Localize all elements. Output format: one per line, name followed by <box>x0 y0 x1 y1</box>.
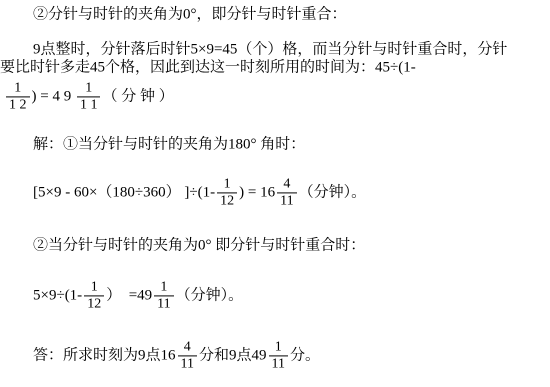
fraction-denominator: 12 <box>84 296 104 313</box>
line-equation-3: 5×9÷(1-112） =49111（分钟）。 <box>33 279 243 312</box>
text-segment: 答：所求时刻为9点16 <box>33 347 176 366</box>
fraction-numerator: 1 <box>82 80 95 96</box>
fraction-numerator: 1 <box>221 176 234 192</box>
text-segment: （ 分 钟 ） <box>102 88 173 107</box>
fraction: 411 <box>178 339 197 372</box>
text-segment: 分和9点49 <box>199 347 267 366</box>
fraction-denominator: 12 <box>217 193 237 210</box>
fraction-denominator: 11 <box>178 356 197 373</box>
fraction: 11 1 <box>77 80 101 113</box>
text-segment: ) = 16 <box>239 184 275 203</box>
fraction-numerator: 4 <box>181 339 194 355</box>
fraction-denominator: 1 2 <box>6 97 30 114</box>
fraction-denominator: 1 1 <box>77 97 101 114</box>
fraction: 112 <box>217 176 237 209</box>
text-segment: ②当分针与时针的夹角为0° 即分针与时针重合时： <box>33 237 365 256</box>
fraction-numerator: 1 <box>272 339 285 355</box>
fraction-denominator: 11 <box>154 296 173 313</box>
fraction: 111 <box>154 279 173 312</box>
text-segment: 分。 <box>290 347 320 366</box>
text-segment: [5×9 - 60×（180÷360） ]÷(1- <box>33 184 215 203</box>
text-segment: ②分针与时针的夹角为0°，即分针与时针重合： <box>33 6 347 25</box>
fraction-denominator: 11 <box>269 356 288 373</box>
line-paragraph-wrap-2: 要比时针多走45个格，因此到达这一时刻所用的时间为：45÷(1- <box>0 59 416 78</box>
text-segment: 9点整时，分针落后时针5×9=45（个）格，而当分针与时针重合时，分针 <box>33 41 507 60</box>
line-case2-condition: ②当分针与时针的夹角为0° 即分针与时针重合时： <box>33 237 365 256</box>
document: ②分针与时针的夹角为0°，即分针与时针重合：9点整时，分针落后时针5×9=45（… <box>0 0 550 387</box>
text-segment: 解：①当分针与时针的夹角为180° 角时： <box>33 136 305 155</box>
line-equation-2: [5×9 - 60×（180÷360） ]÷(1-112) = 16411（分钟… <box>33 176 366 209</box>
line-solution-heading: 解：①当分针与时针的夹角为180° 角时： <box>33 136 305 155</box>
text-segment: 5×9÷(1- <box>33 287 82 306</box>
fraction-numerator: 1 <box>88 279 101 295</box>
line-equation-1: 11 2) = 4 9 11 1（ 分 钟 ） <box>4 80 174 113</box>
text-segment: （分钟）。 <box>176 287 244 306</box>
fraction-numerator: 4 <box>280 176 293 192</box>
fraction: 112 <box>84 279 104 312</box>
line-case2-heading: ②分针与时针的夹角为0°，即分针与时针重合： <box>33 6 347 25</box>
fraction: 11 2 <box>6 80 30 113</box>
text-segment: ） =49 <box>106 287 152 306</box>
fraction-numerator: 1 <box>157 279 170 295</box>
text-segment: ) = 4 9 <box>32 88 75 107</box>
text-segment: 要比时针多走45个格，因此到达这一时刻所用的时间为：45÷(1- <box>0 59 416 78</box>
fraction: 111 <box>269 339 288 372</box>
fraction-denominator: 11 <box>277 193 296 210</box>
line-answer: 答：所求时刻为9点16411分和9点49111分。 <box>33 339 320 372</box>
fraction: 411 <box>277 176 296 209</box>
fraction-numerator: 1 <box>11 80 24 96</box>
line-paragraph-wrap-1: 9点整时，分针落后时针5×9=45（个）格，而当分针与时针重合时，分针 <box>33 41 507 60</box>
text-segment: （分钟）。 <box>299 184 367 203</box>
